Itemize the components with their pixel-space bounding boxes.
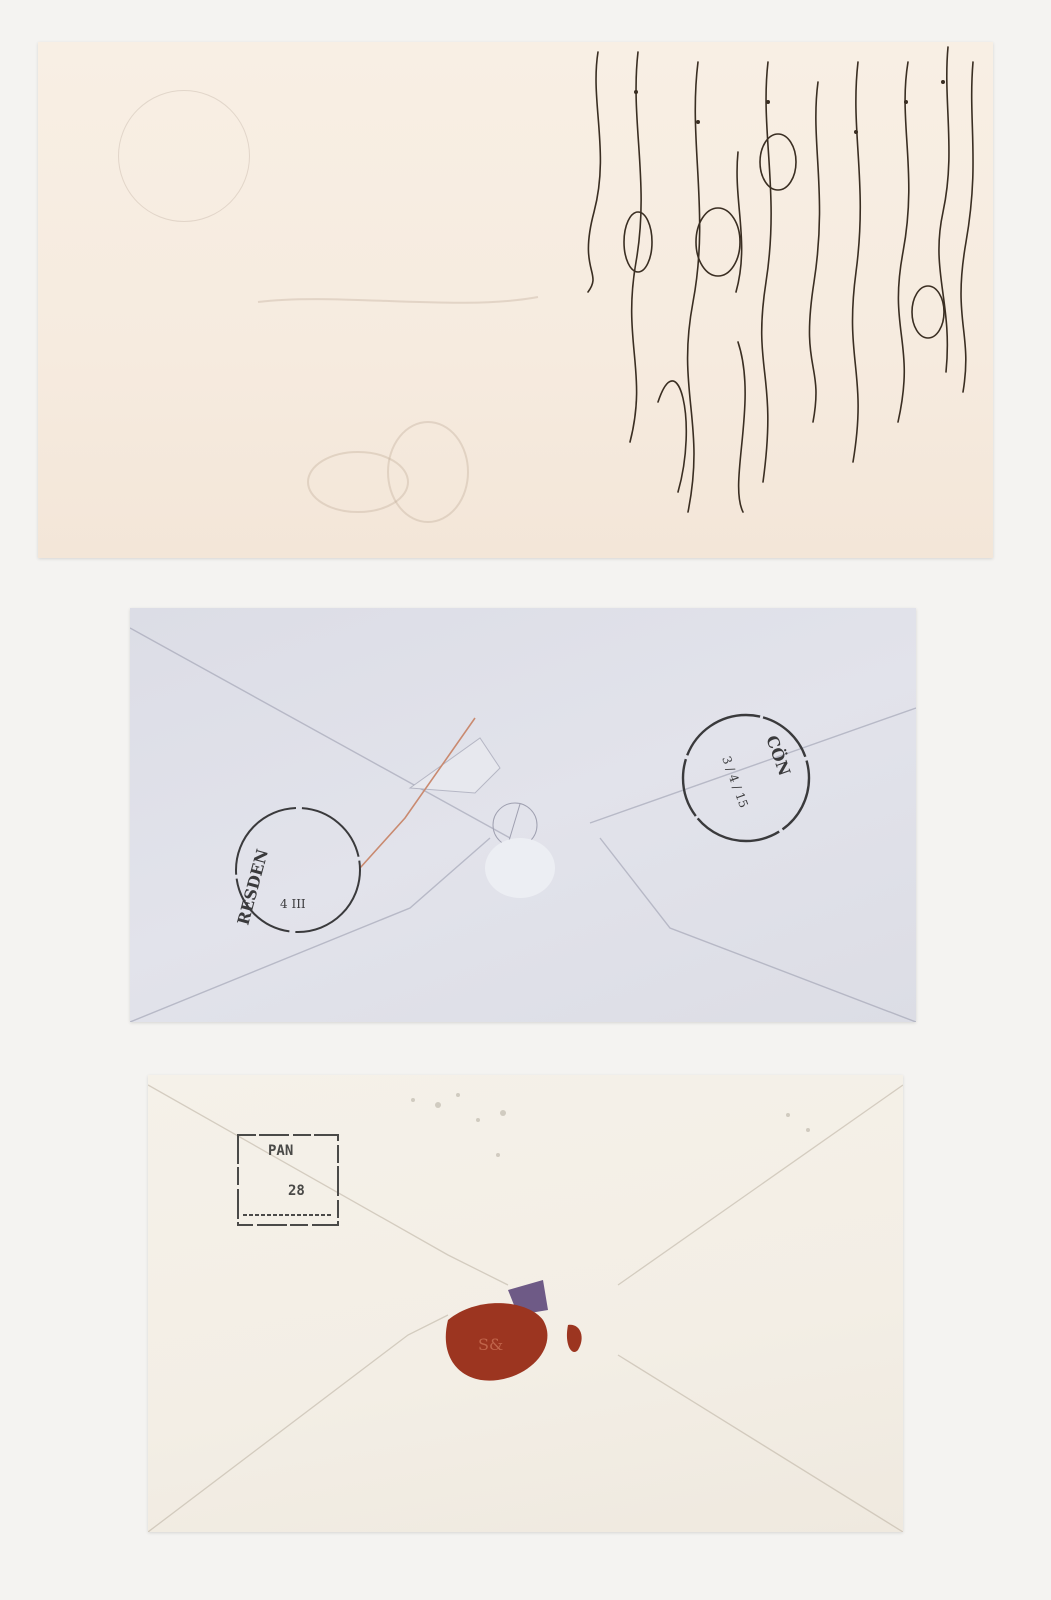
svg-text:3 / 4 / 15: 3 / 4 / 15 bbox=[719, 754, 751, 809]
postmark-resden: RESDEN 4 III bbox=[234, 808, 360, 932]
envelope-folds: CÖN 3 / 4 / 15 RESDEN 4 III bbox=[130, 608, 916, 1022]
svg-text:PAN: PAN bbox=[268, 1143, 293, 1159]
blue-envelope: CÖN 3 / 4 / 15 RESDEN 4 III bbox=[130, 608, 916, 1022]
svg-text:CÖN: CÖN bbox=[762, 733, 795, 779]
handwriting-script bbox=[38, 42, 993, 558]
svg-text:S&: S& bbox=[478, 1335, 503, 1354]
box-postmark: PAN 28 bbox=[238, 1135, 338, 1225]
postmark-con: CÖN 3 / 4 / 15 bbox=[683, 715, 809, 841]
svg-text:28: 28 bbox=[288, 1183, 305, 1199]
white-envelope: PAN 28 S& bbox=[148, 1075, 903, 1532]
envelope-folds: PAN 28 S& bbox=[148, 1075, 903, 1532]
embossed-seal-icon bbox=[485, 803, 555, 898]
handwritten-letter bbox=[38, 42, 993, 558]
wax-seal-icon: S& bbox=[446, 1280, 582, 1381]
svg-text:4 III: 4 III bbox=[280, 897, 306, 911]
